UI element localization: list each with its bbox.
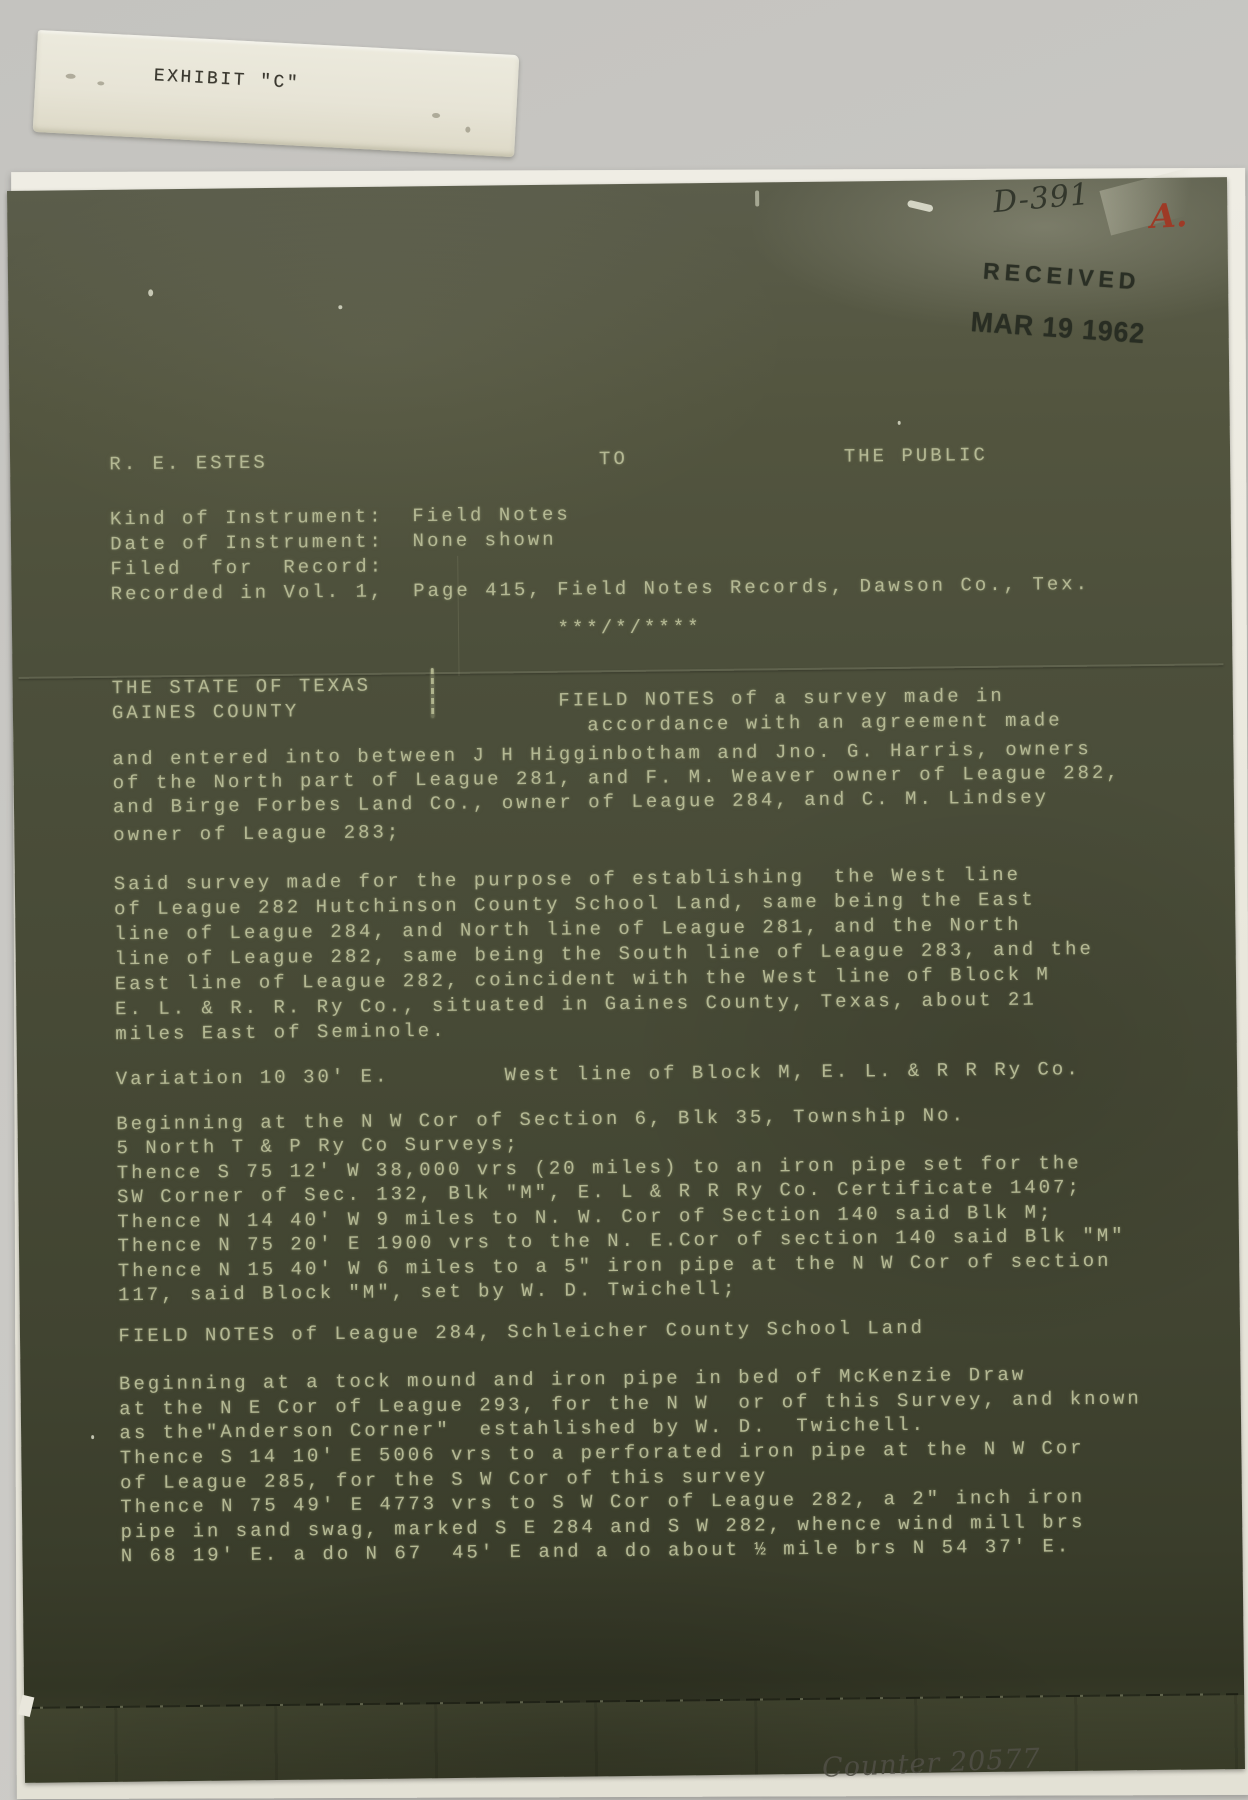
handwritten-red-mark: A. <box>1149 195 1188 236</box>
bottom-fold-band <box>24 1695 1245 1783</box>
dust-speck <box>148 289 153 296</box>
exhibit-label: EXHIBIT "C" <box>153 66 300 94</box>
slip-smudge <box>465 127 470 133</box>
scuff-mark <box>755 190 759 206</box>
brace-mark <box>431 668 435 718</box>
slip-smudge <box>97 81 104 85</box>
dust-speck <box>91 1435 94 1439</box>
exhibit-slip: EXHIBIT "C" <box>33 30 520 157</box>
dust-speck <box>338 305 342 309</box>
photostat-sheet <box>7 177 1245 1783</box>
paper-sheen <box>7 177 1245 1783</box>
scanned-page: { "scan": { "exhibit_slip": { "label": "… <box>0 0 1248 1800</box>
dust-speck <box>898 421 901 425</box>
slip-smudge <box>432 113 440 118</box>
slip-smudge <box>65 74 75 80</box>
